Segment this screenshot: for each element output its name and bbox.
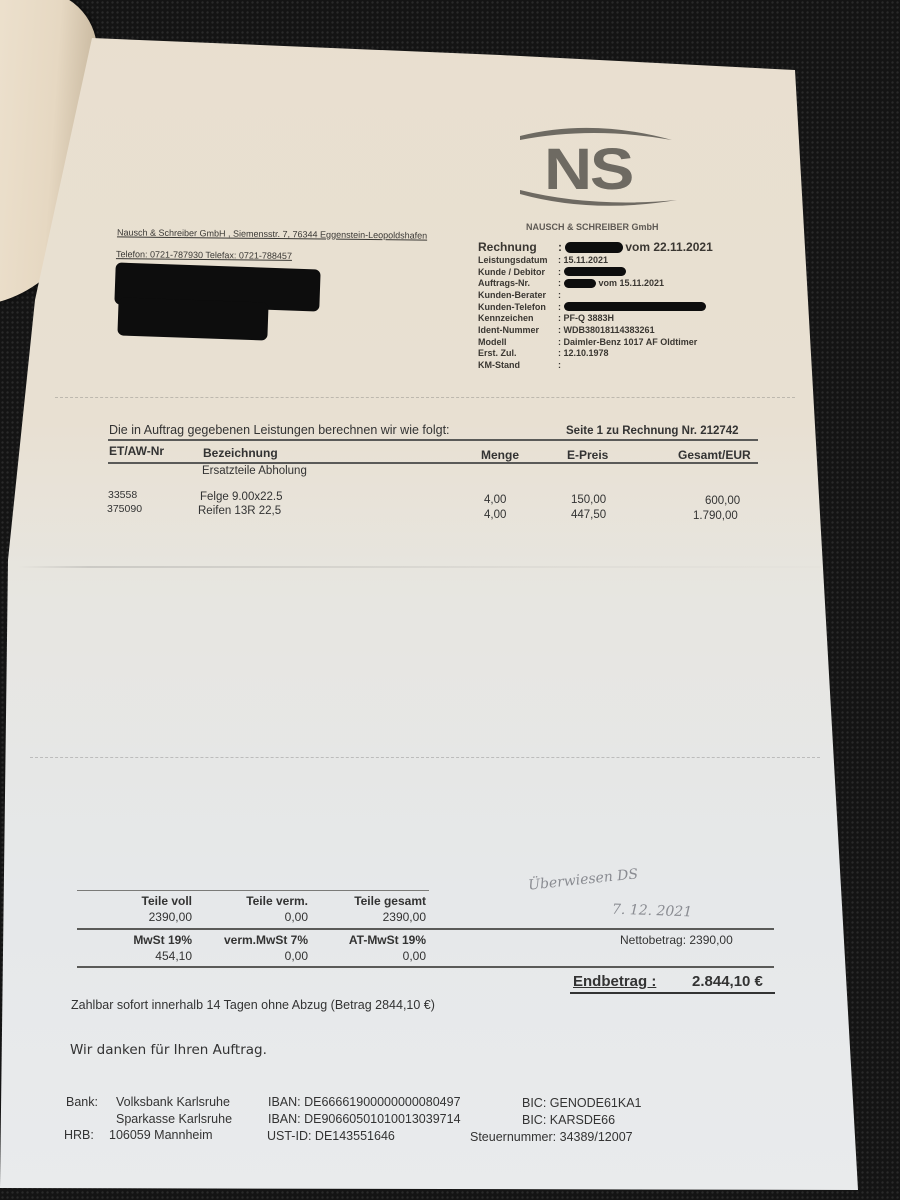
invoice-meta: Rechnung: vom 22.11.2021 Leistungsdatum:… — [478, 240, 713, 371]
group-label: Ersatzteile Abholung — [202, 465, 307, 477]
meta-row: Modell: Daimler-Benz 1017 AF Oldtimer — [478, 336, 713, 348]
items-intro: Die in Auftrag gegebenen Leistungen bere… — [109, 423, 450, 437]
meta-row: Erst. Zul.: 12.10.1978 — [478, 348, 713, 360]
end-amount-label: Endbetrag : — [573, 973, 656, 990]
meta-row: Kennzeichen: PF-Q 3883H — [478, 312, 713, 324]
col-header-total: Gesamt/EUR — [678, 448, 751, 462]
divider — [108, 462, 758, 464]
company-logo: NS NAUSCH & SCHREIBER GmbH — [512, 118, 682, 238]
fold-line — [0, 566, 900, 568]
divider — [77, 966, 774, 968]
col-header-desc: Bezeichnung — [203, 446, 278, 460]
fold-line — [30, 757, 820, 759]
recipient-redacted — [117, 297, 268, 340]
bank-name-1: Volksbank Karlsruhe — [116, 1095, 230, 1109]
hrb-label: HRB: — [64, 1128, 94, 1142]
meta-row: Auftrags-Nr.: vom 15.11.2021 — [478, 277, 713, 289]
col-header-unit: E-Preis — [567, 448, 608, 462]
tax-value: 0,00 — [325, 949, 426, 963]
meta-row: Kunde / Debitor: — [478, 266, 713, 278]
total-label: Teile gesamt — [325, 894, 426, 908]
steuernummer: Steuernummer: 34389/12007 — [470, 1130, 633, 1144]
ust-id: UST-ID: DE143551646 — [267, 1129, 395, 1143]
end-amount-value: 2.844,10 € — [692, 973, 763, 990]
invoice-paper: NS NAUSCH & SCHREIBER GmbH Nausch & Schr… — [0, 0, 900, 1200]
meta-row: Rechnung: vom 22.11.2021 — [478, 240, 713, 254]
handwritten-note: Überwiesen DS — [527, 866, 638, 893]
total-label: Teile verm. — [210, 894, 308, 908]
bic-1: BIC: GENODE61KA1 — [522, 1096, 642, 1110]
divider — [108, 439, 758, 441]
logo-text: NS — [544, 136, 632, 203]
total-label: Teile voll — [100, 894, 192, 908]
payment-terms: Zahlbar sofort innerhalb 14 Tagen ohne A… — [71, 998, 435, 1012]
bank-name-2: Sparkasse Karlsruhe — [116, 1112, 232, 1126]
tax-label: MwSt 19% — [100, 933, 192, 947]
iban-2: IBAN: DE90660501010013039714 — [268, 1112, 461, 1126]
tax-label: AT-MwSt 19% — [325, 933, 426, 947]
meta-row: Leistungsdatum: 15.11.2021 — [478, 254, 713, 266]
tax-value: 0,00 — [210, 949, 308, 963]
bic-2: BIC: KARSDE66 — [522, 1113, 615, 1127]
divider — [77, 928, 774, 930]
col-header-qty: Menge — [481, 448, 519, 462]
tax-value: 454,10 — [100, 949, 192, 963]
total-value: 0,00 — [210, 910, 308, 924]
meta-row: Kunden-Berater: — [478, 289, 713, 301]
iban-1: IBAN: DE66661900000000080497 — [268, 1095, 461, 1109]
total-value: 2390,00 — [325, 910, 426, 924]
fold-line — [55, 397, 795, 399]
handwritten-date: 7. 12. 2021 — [612, 902, 693, 921]
meta-row: Ident-Nummer: WDB38018114383261 — [478, 324, 713, 336]
divider — [570, 992, 775, 994]
meta-row: Kunden-Telefon: — [478, 301, 713, 313]
netto-amount: Nettobetrag: 2390,00 — [620, 933, 733, 947]
hrb-value: 106059 Mannheim — [109, 1128, 213, 1142]
meta-row: KM-Stand: — [478, 359, 713, 371]
page-reference: Seite 1 zu Rechnung Nr. 212742 — [566, 425, 739, 437]
bank-label: Bank: — [66, 1095, 98, 1109]
total-value: 2390,00 — [100, 910, 192, 924]
divider — [77, 890, 429, 891]
tax-label: verm.MwSt 7% — [200, 933, 308, 947]
thanks-note: Wir danken für Ihren Auftrag. — [70, 1042, 267, 1058]
col-header-nr: ET/AW-Nr — [109, 444, 164, 458]
logo-subtitle: NAUSCH & SCHREIBER GmbH — [526, 222, 659, 232]
sender-contact: Telefon: 0721-787930 Telefax: 0721-78845… — [116, 249, 292, 261]
sender-address: Nausch & Schreiber GmbH , Siemensstr. 7,… — [117, 227, 427, 240]
